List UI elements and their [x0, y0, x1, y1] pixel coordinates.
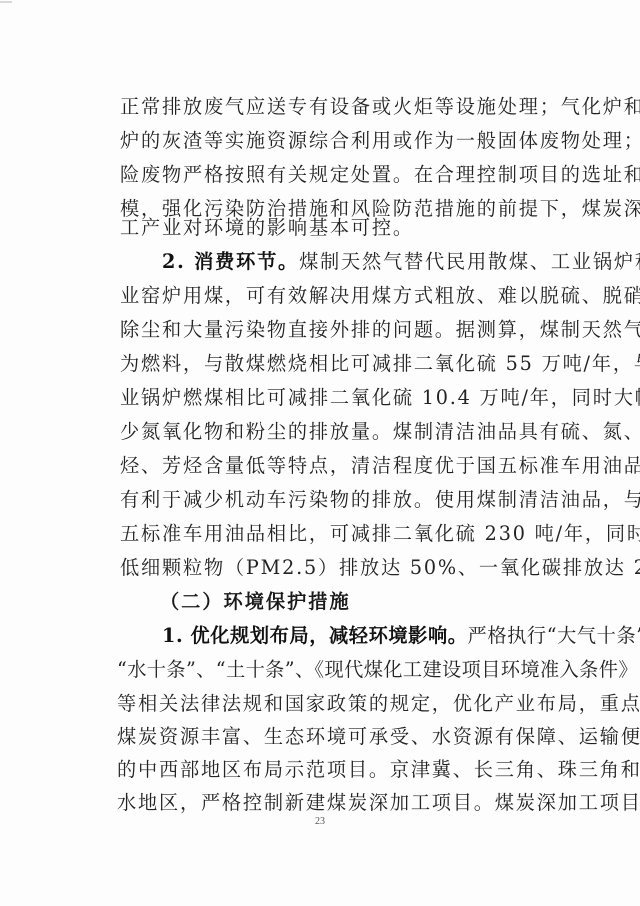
body-text-line: 五标准车用油品相比，可减排二氧化硫 230 吨/年，同时降	[120, 522, 544, 546]
page-number: 23	[0, 816, 640, 827]
body-text-line: 为燃料，与散煤燃烧相比可减排二氧化硫 55 万吨/年，与工	[120, 352, 544, 376]
body-text-line: 业锅炉燃煤相比可减排二氧化硫 10.4 万吨/年，同时大幅减	[120, 386, 544, 410]
body-text-line: “水十条”、“土十条”、《现代煤化工建设项目环境准入条件》	[117, 658, 544, 682]
body-text-line: 工产业对环境的影响基本可控。	[120, 216, 544, 240]
document-page: 正常排放废气应送专有设备或火炬等设施处理；气化炉和锅 炉的灰渣等实施资源综合利用…	[0, 0, 640, 906]
section-ii-1-first-line: 1. 优化规划布局，减轻环境影响。严格执行“大气十条”、	[162, 624, 544, 648]
body-text-line: 煤炭资源丰富、生态环境可承受、水资源有保障、运输便捷	[117, 725, 544, 749]
body-text-line: 低细颗粒物（PM2.5）排放达 50%、一氧化碳排放达 25%。	[120, 556, 544, 580]
body-text-line: 险废物严格按照有关规定处置。在合理控制项目的选址和规	[120, 163, 544, 187]
section-ii-heading: （二）环境保护措施	[160, 590, 351, 614]
scan-artifact	[0, 1, 12, 3]
section-ii-1-first-line-text: 严格执行“大气十条”、	[468, 624, 640, 647]
body-text-line: 水地区，严格控制新建煤炭深加工项目。煤炭深加工项目应	[117, 791, 544, 815]
section-2-heading: 2. 消费环节。	[162, 250, 299, 273]
body-text-line: 正常排放废气应送专有设备或火炬等设施处理；气化炉和锅	[120, 95, 544, 119]
body-text-line: 少氮氧化物和粉尘的排放量。煤制清洁油品具有硫、氮、烯	[120, 420, 544, 444]
body-text-line: 炉的灰渣等实施资源综合利用或作为一般固体废物处理；危	[120, 129, 544, 153]
section-2-first-line-text: 煤制天然气替代民用散煤、工业锅炉和工	[299, 250, 640, 273]
body-text-line: 等相关法律法规和国家政策的规定，优化产业布局，重点在	[117, 692, 544, 716]
section-2-first-line: 2. 消费环节。煤制天然气替代民用散煤、工业锅炉和工	[162, 250, 544, 274]
body-text-line: 有利于减少机动车污染物的排放。使用煤制清洁油品，与国	[120, 488, 544, 512]
body-text-line: 烃、芳烃含量低等特点，清洁程度优于国五标准车用油品，	[120, 454, 544, 478]
body-text-line: 的中西部地区布局示范项目。京津冀、长三角、珠三角和缺	[117, 758, 544, 782]
section-ii-1-heading: 1. 优化规划布局，减轻环境影响。	[162, 624, 468, 647]
body-text-line: 除尘和大量污染物直接外排的问题。据测算，煤制天然气作	[120, 318, 544, 342]
body-text-line: 业窑炉用煤，可有效解决用煤方式粗放、难以脱硫、脱硝、	[120, 284, 544, 308]
